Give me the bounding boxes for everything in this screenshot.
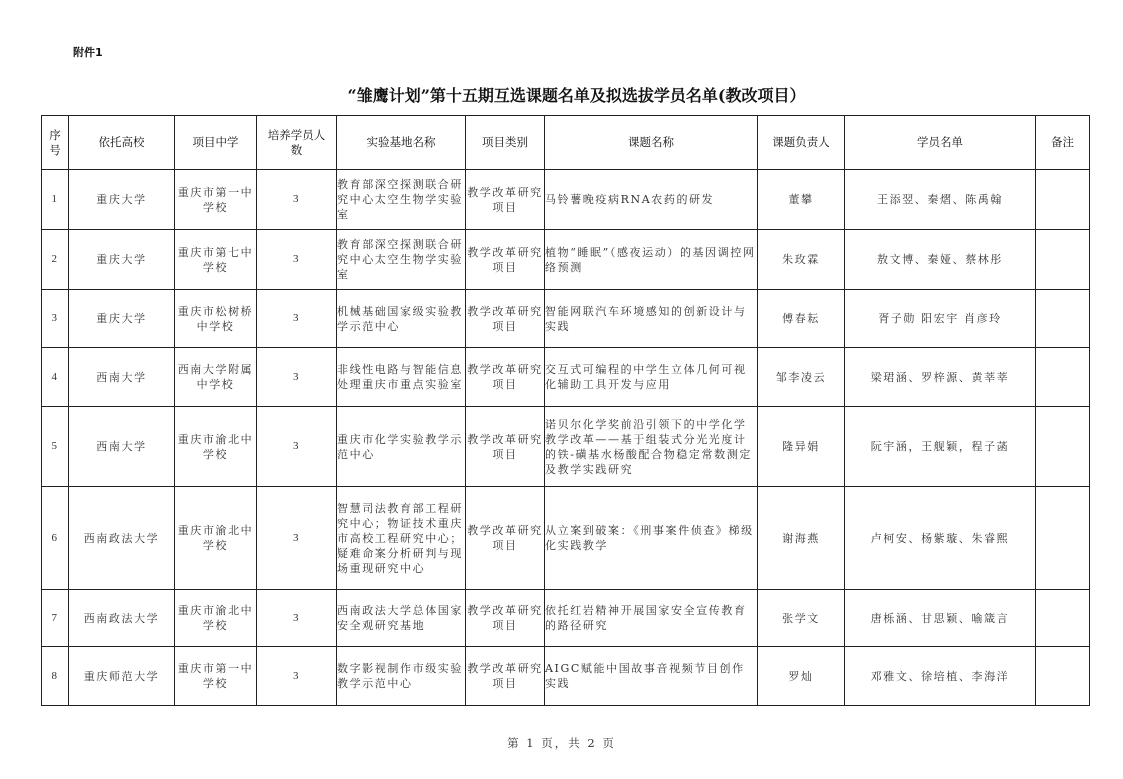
cell-topic: 智能网联汽车环境感知的创新设计与实践 xyxy=(545,290,758,348)
cell-students: 卢柯安、杨紫璇、朱睿熙 xyxy=(845,487,1036,590)
cell-trainee-count: 3 xyxy=(257,290,337,348)
page-indicator: 第 1 页，共 2 页 xyxy=(0,735,1123,751)
cell-index: 2 xyxy=(42,230,69,290)
cell-project-type: 教学改革研究项目 xyxy=(466,290,545,348)
cell-lab-name: 教育部深空探测联合研究中心太空生物学实验室 xyxy=(337,170,466,230)
cell-middle-school: 重庆市第七中学校 xyxy=(175,230,257,290)
cell-project-type: 教学改革研究项目 xyxy=(466,590,545,647)
cell-lab-name: 教育部深空探测联合研究中心太空生物学实验室 xyxy=(337,230,466,290)
cell-leader: 董攀 xyxy=(758,170,845,230)
cell-university: 西南大学 xyxy=(69,407,175,487)
table-row: 4 西南大学 西南大学附属中学校 3 非线性电路与智能信息处理重庆市重点实验室 … xyxy=(42,348,1090,407)
cell-topic: 植物“睡眠”（感夜运动）的基因调控网络预测 xyxy=(545,230,758,290)
cell-topic: 从立案到破案：《刑事案件侦查》梯级化实践教学 xyxy=(545,487,758,590)
cell-middle-school: 重庆市松树桥中学校 xyxy=(175,290,257,348)
cell-project-type: 教学改革研究项目 xyxy=(466,348,545,407)
table-row: 5 西南大学 重庆市渝北中学校 3 重庆市化学实验教学示范中心 教学改革研究项目… xyxy=(42,407,1090,487)
cell-index: 5 xyxy=(42,407,69,487)
cell-notes xyxy=(1036,487,1090,590)
cell-lab-name: 重庆市化学实验教学示范中心 xyxy=(337,407,466,487)
cell-project-type: 教学改革研究项目 xyxy=(466,487,545,590)
cell-notes xyxy=(1036,230,1090,290)
table-row: 1 重庆大学 重庆市第一中学校 3 教育部深空探测联合研究中心太空生物学实验室 … xyxy=(42,170,1090,230)
cell-lab-name: 西南政法大学总体国家安全观研究基地 xyxy=(337,590,466,647)
header-topic: 课题名称 xyxy=(545,116,758,170)
cell-middle-school: 重庆市第一中学校 xyxy=(175,647,257,706)
header-index: 序号 xyxy=(42,116,69,170)
cell-project-type: 教学改革研究项目 xyxy=(466,407,545,487)
cell-lab-name: 智慧司法教育部工程研究中心；物证技术重庆市高校工程研究中心；疑难命案分析研判与现… xyxy=(337,487,466,590)
cell-university: 西南政法大学 xyxy=(69,590,175,647)
cell-topic: AIGC赋能中国故事音视频节目创作实践 xyxy=(545,647,758,706)
cell-students: 邓雅文、徐培植、李海洋 xyxy=(845,647,1036,706)
cell-leader: 谢海燕 xyxy=(758,487,845,590)
cell-notes xyxy=(1036,290,1090,348)
cell-students: 敖文博、秦娅、蔡林彤 xyxy=(845,230,1036,290)
cell-leader: 张学文 xyxy=(758,590,845,647)
cell-lab-name: 数字影视制作市级实验教学示范中心 xyxy=(337,647,466,706)
cell-middle-school: 重庆市渝北中学校 xyxy=(175,407,257,487)
cell-notes xyxy=(1036,348,1090,407)
cell-trainee-count: 3 xyxy=(257,230,337,290)
header-lab-name: 实验基地名称 xyxy=(337,116,466,170)
cell-topic: 诺贝尔化学奖前沿引领下的中学化学教学改革——基于组装式分光光度计的铁-磺基水杨酸… xyxy=(545,407,758,487)
cell-students: 王添翌、秦熠、陈禹翰 xyxy=(845,170,1036,230)
cell-index: 3 xyxy=(42,290,69,348)
header-university: 依托高校 xyxy=(69,116,175,170)
cell-trainee-count: 3 xyxy=(257,170,337,230)
table-row: 2 重庆大学 重庆市第七中学校 3 教育部深空探测联合研究中心太空生物学实验室 … xyxy=(42,230,1090,290)
cell-university: 重庆师范大学 xyxy=(69,647,175,706)
header-leader: 课题负责人 xyxy=(758,116,845,170)
cell-lab-name: 非线性电路与智能信息处理重庆市重点实验室 xyxy=(337,348,466,407)
cell-leader: 傅春耘 xyxy=(758,290,845,348)
cell-notes xyxy=(1036,590,1090,647)
cell-university: 重庆大学 xyxy=(69,230,175,290)
cell-university: 重庆大学 xyxy=(69,170,175,230)
cell-project-type: 教学改革研究项目 xyxy=(466,647,545,706)
header-students: 学员名单 xyxy=(845,116,1036,170)
cell-university: 西南大学 xyxy=(69,348,175,407)
cell-university: 重庆大学 xyxy=(69,290,175,348)
cell-index: 1 xyxy=(42,170,69,230)
cell-notes xyxy=(1036,647,1090,706)
cell-index: 4 xyxy=(42,348,69,407)
cell-lab-name: 机械基础国家级实验教学示范中心 xyxy=(337,290,466,348)
cell-middle-school: 西南大学附属中学校 xyxy=(175,348,257,407)
cell-index: 8 xyxy=(42,647,69,706)
header-trainee-count: 培养学员人数 xyxy=(257,116,337,170)
table-row: 6 西南政法大学 重庆市渝北中学校 3 智慧司法教育部工程研究中心；物证技术重庆… xyxy=(42,487,1090,590)
cell-leader: 朱玫霖 xyxy=(758,230,845,290)
cell-topic: 马铃薯晚疫病RNA农药的研发 xyxy=(545,170,758,230)
cell-middle-school: 重庆市渝北中学校 xyxy=(175,487,257,590)
cell-trainee-count: 3 xyxy=(257,487,337,590)
cell-trainee-count: 3 xyxy=(257,348,337,407)
cell-notes xyxy=(1036,170,1090,230)
header-project-type: 项目类别 xyxy=(466,116,545,170)
cell-index: 6 xyxy=(42,487,69,590)
table-row: 3 重庆大学 重庆市松树桥中学校 3 机械基础国家级实验教学示范中心 教学改革研… xyxy=(42,290,1090,348)
table-row: 7 西南政法大学 重庆市渝北中学校 3 西南政法大学总体国家安全观研究基地 教学… xyxy=(42,590,1090,647)
cell-middle-school: 重庆市渝北中学校 xyxy=(175,590,257,647)
cell-leader: 邹李凌云 xyxy=(758,348,845,407)
cell-trainee-count: 3 xyxy=(257,647,337,706)
table-header-row: 序号 依托高校 项目中学 培养学员人数 实验基地名称 项目类别 课题名称 课题负… xyxy=(42,116,1090,170)
cell-leader: 隆异娟 xyxy=(758,407,845,487)
cell-students: 唐栎涵、甘思颖、喻箴言 xyxy=(845,590,1036,647)
cell-middle-school: 重庆市第一中学校 xyxy=(175,170,257,230)
cell-students: 阮宇涵，王舰颖，程子菡 xyxy=(845,407,1036,487)
cell-trainee-count: 3 xyxy=(257,407,337,487)
document-title: “雏鹰计划”第十五期互选课题名单及拟选拔学员名单(教改项目） xyxy=(0,83,1123,106)
cell-students: 梁珺涵、罗梓源、黄莘莘 xyxy=(845,348,1036,407)
cell-university: 西南政法大学 xyxy=(69,487,175,590)
cell-project-type: 教学改革研究项目 xyxy=(466,230,545,290)
header-notes: 备注 xyxy=(1036,116,1090,170)
cell-project-type: 教学改革研究项目 xyxy=(466,170,545,230)
cell-notes xyxy=(1036,407,1090,487)
cell-index: 7 xyxy=(42,590,69,647)
table-row: 8 重庆师范大学 重庆市第一中学校 3 数字影视制作市级实验教学示范中心 教学改… xyxy=(42,647,1090,706)
cell-topic: 依托红岩精神开展国家安全宣传教育的路径研究 xyxy=(545,590,758,647)
header-middle-school: 项目中学 xyxy=(175,116,257,170)
attachment-label: 附件1 xyxy=(73,44,103,60)
cell-topic: 交互式可编程的中学生立体几何可视化辅助工具开发与应用 xyxy=(545,348,758,407)
project-table: 序号 依托高校 项目中学 培养学员人数 实验基地名称 项目类别 课题名称 课题负… xyxy=(41,115,1090,706)
cell-leader: 罗灿 xyxy=(758,647,845,706)
cell-trainee-count: 3 xyxy=(257,590,337,647)
cell-students: 胥子勋 阳宏宇 肖彦玲 xyxy=(845,290,1036,348)
